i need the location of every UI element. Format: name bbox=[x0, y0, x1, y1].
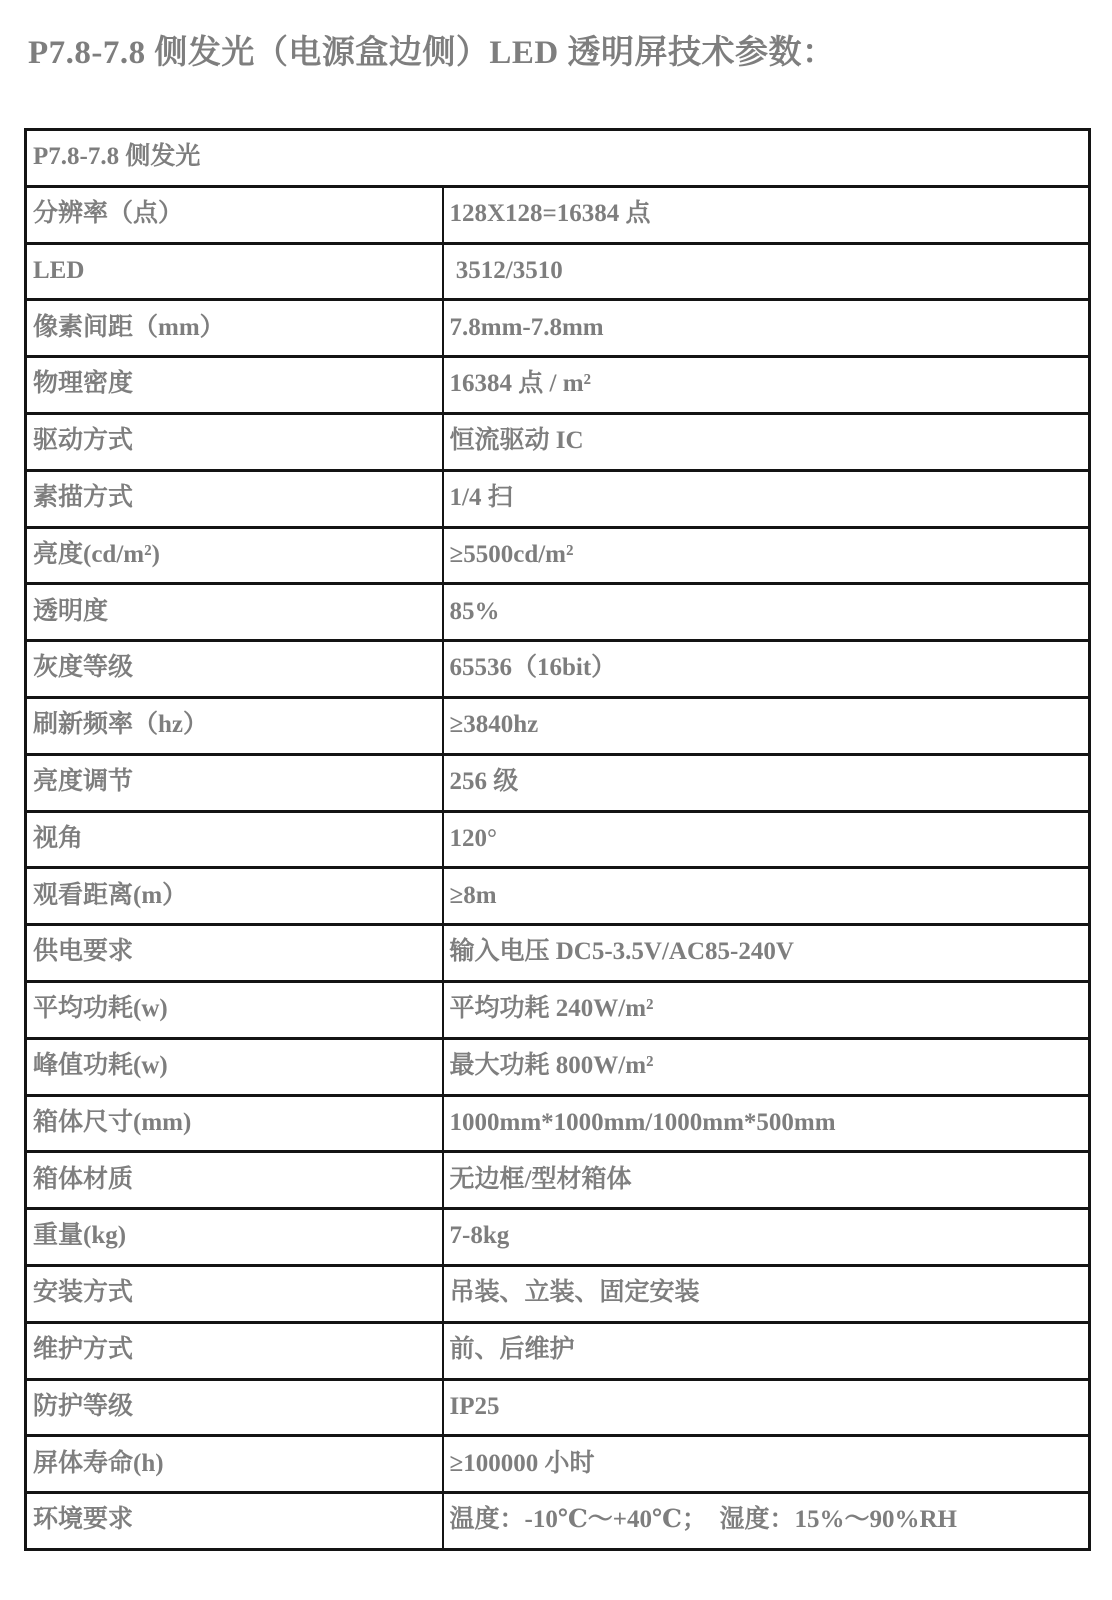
spec-table: P7.8-7.8 侧发光 分辨率（点） 128X128=16384 点 LED … bbox=[24, 128, 1091, 1551]
param-value-cell: 平均功耗 240W/m² bbox=[443, 981, 1090, 1038]
param-label-cell: 像素间距（mm） bbox=[26, 300, 443, 357]
table-row: 重量(kg) 7-8kg bbox=[26, 1209, 1090, 1266]
table-row: 维护方式 前、后维护 bbox=[26, 1322, 1090, 1379]
param-label-cell: 维护方式 bbox=[26, 1322, 443, 1379]
table-row: 箱体尺寸(mm) 1000mm*1000mm/1000mm*500mm bbox=[26, 1095, 1090, 1152]
param-label-cell: 防护等级 bbox=[26, 1379, 443, 1436]
param-value-cell: 16384 点 / m² bbox=[443, 357, 1090, 414]
param-label-cell: 观看距离(m） bbox=[26, 868, 443, 925]
param-value-cell: 65536（16bit） bbox=[443, 641, 1090, 698]
param-value-cell: 恒流驱动 IC bbox=[443, 413, 1090, 470]
param-label-cell: 供电要求 bbox=[26, 925, 443, 982]
table-row: 平均功耗(w) 平均功耗 240W/m² bbox=[26, 981, 1090, 1038]
param-label-cell: 分辨率（点） bbox=[26, 186, 443, 243]
table-row: 环境要求 温度：-10℃～+40℃； 湿度：15%～90%RH bbox=[26, 1493, 1090, 1550]
table-header-row: P7.8-7.8 侧发光 bbox=[26, 130, 1090, 187]
table-row: 视角 120° bbox=[26, 811, 1090, 868]
table-row: 屏体寿命(h) ≥100000 小时 bbox=[26, 1436, 1090, 1493]
param-label-cell: 灰度等级 bbox=[26, 641, 443, 698]
table-row: 观看距离(m） ≥8m bbox=[26, 868, 1090, 925]
param-label-cell: 峰值功耗(w) bbox=[26, 1038, 443, 1095]
param-label-cell: 刷新频率（hz） bbox=[26, 697, 443, 754]
table-row: 物理密度 16384 点 / m² bbox=[26, 357, 1090, 414]
table-row: 防护等级 IP25 bbox=[26, 1379, 1090, 1436]
param-label-cell: 亮度调节 bbox=[26, 754, 443, 811]
param-value-cell: ≥5500cd/m² bbox=[443, 527, 1090, 584]
table-row: 箱体材质 无边框/型材箱体 bbox=[26, 1152, 1090, 1209]
param-value-cell: 3512/3510 bbox=[443, 243, 1090, 300]
param-label-cell: 视角 bbox=[26, 811, 443, 868]
param-value-cell: 输入电压 DC5-3.5V/AC85-240V bbox=[443, 925, 1090, 982]
param-value-cell: 无边框/型材箱体 bbox=[443, 1152, 1090, 1209]
table-row: 驱动方式 恒流驱动 IC bbox=[26, 413, 1090, 470]
param-label-cell: 透明度 bbox=[26, 584, 443, 641]
table-row: 分辨率（点） 128X128=16384 点 bbox=[26, 186, 1090, 243]
param-value-cell: 120° bbox=[443, 811, 1090, 868]
table-row: 刷新频率（hz） ≥3840hz bbox=[26, 697, 1090, 754]
table-row: LED 3512/3510 bbox=[26, 243, 1090, 300]
param-value-cell: 85% bbox=[443, 584, 1090, 641]
param-label-cell: 重量(kg) bbox=[26, 1209, 443, 1266]
param-label-cell: 屏体寿命(h) bbox=[26, 1436, 443, 1493]
param-value-cell: 1000mm*1000mm/1000mm*500mm bbox=[443, 1095, 1090, 1152]
param-label-cell: LED bbox=[26, 243, 443, 300]
table-row: 素描方式 1/4 扫 bbox=[26, 470, 1090, 527]
table-row: 亮度(cd/m²) ≥5500cd/m² bbox=[26, 527, 1090, 584]
param-value-cell: 最大功耗 800W/m² bbox=[443, 1038, 1090, 1095]
param-label-cell: 平均功耗(w) bbox=[26, 981, 443, 1038]
param-label-cell: 驱动方式 bbox=[26, 413, 443, 470]
param-value-cell: 前、后维护 bbox=[443, 1322, 1090, 1379]
param-label-cell: 箱体材质 bbox=[26, 1152, 443, 1209]
param-value-cell: ≥8m bbox=[443, 868, 1090, 925]
table-row: 峰值功耗(w) 最大功耗 800W/m² bbox=[26, 1038, 1090, 1095]
table-row: 灰度等级 65536（16bit） bbox=[26, 641, 1090, 698]
param-value-cell: 吊装、立装、固定安装 bbox=[443, 1265, 1090, 1322]
param-value-cell: 7.8mm-7.8mm bbox=[443, 300, 1090, 357]
param-value-cell: ≥3840hz bbox=[443, 697, 1090, 754]
table-row: 像素间距（mm） 7.8mm-7.8mm bbox=[26, 300, 1090, 357]
param-label-cell: 素描方式 bbox=[26, 470, 443, 527]
param-value-cell: 256 级 bbox=[443, 754, 1090, 811]
table-header-cell: P7.8-7.8 侧发光 bbox=[26, 130, 1090, 187]
param-label-cell: 物理密度 bbox=[26, 357, 443, 414]
table-row: 安装方式 吊装、立装、固定安装 bbox=[26, 1265, 1090, 1322]
param-label-cell: 箱体尺寸(mm) bbox=[26, 1095, 443, 1152]
table-row: 供电要求 输入电压 DC5-3.5V/AC85-240V bbox=[26, 925, 1090, 982]
param-value-cell: 7-8kg bbox=[443, 1209, 1090, 1266]
table-row: 透明度 85% bbox=[26, 584, 1090, 641]
param-label-cell: 环境要求 bbox=[26, 1493, 443, 1550]
param-value-cell: 1/4 扫 bbox=[443, 470, 1090, 527]
param-label-cell: 安装方式 bbox=[26, 1265, 443, 1322]
param-value-cell: IP25 bbox=[443, 1379, 1090, 1436]
param-value-cell: 温度：-10℃～+40℃； 湿度：15%～90%RH bbox=[443, 1493, 1090, 1550]
table-row: 亮度调节 256 级 bbox=[26, 754, 1090, 811]
param-value-cell: ≥100000 小时 bbox=[443, 1436, 1090, 1493]
document-page: P7.8-7.8 侧发光（电源盒边侧）LED 透明屏技术参数： P7.8-7.8… bbox=[0, 0, 1112, 1600]
param-label-cell: 亮度(cd/m²) bbox=[26, 527, 443, 584]
page-title: P7.8-7.8 侧发光（电源盒边侧）LED 透明屏技术参数： bbox=[28, 26, 836, 73]
param-value-cell: 128X128=16384 点 bbox=[443, 186, 1090, 243]
